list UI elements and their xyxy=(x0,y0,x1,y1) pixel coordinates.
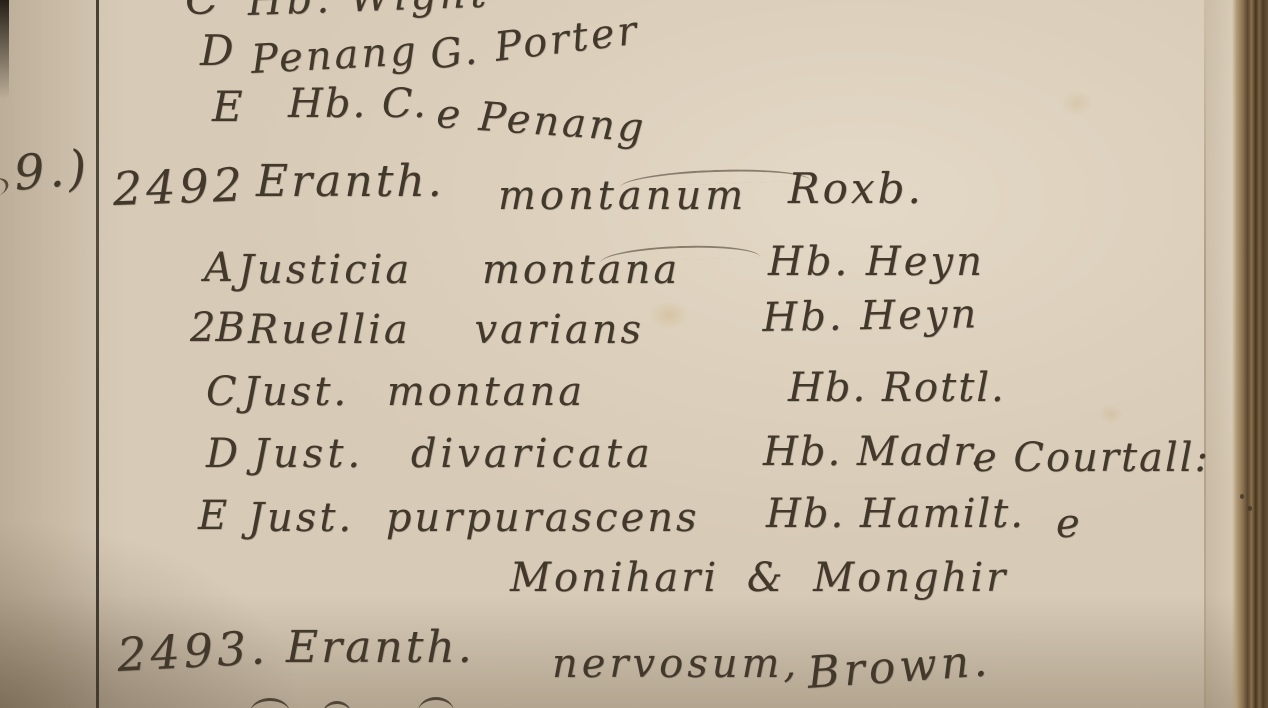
herbarium-source: Hb. Hamilt. xyxy=(766,494,1025,534)
specimen-label: 2B xyxy=(190,308,245,348)
stray-ink-mark xyxy=(1240,494,1244,499)
locality-name: e Penang xyxy=(435,94,647,149)
specimen-label: E xyxy=(198,496,227,536)
foxing-spot xyxy=(648,300,690,330)
margin-entry-note: 9.) xyxy=(12,143,92,197)
manuscript-page: 9.) C Hb. Wight D Penang G. Porter E Hb.… xyxy=(0,0,1268,708)
entry-number: 2492 xyxy=(112,161,247,212)
specimen-label: C xyxy=(206,372,237,412)
partial-next-line-stroke xyxy=(418,697,454,708)
book-page-edges xyxy=(1232,0,1268,708)
locality-name: e xyxy=(1056,504,1080,544)
margin-column-shade xyxy=(0,0,96,708)
herbarium-source: Hb. C. xyxy=(288,84,428,124)
stray-ink-mark xyxy=(1248,506,1252,511)
author-name: Roxb. xyxy=(788,168,924,210)
herbarium-source: Hb. Heyn xyxy=(768,242,985,282)
herbarium-source: Hb. Wight xyxy=(247,0,491,22)
locality-continuation: Monihari & Monghir xyxy=(510,558,1008,598)
foxing-spot xyxy=(1060,90,1094,116)
specimen-name: Just. montana xyxy=(243,372,585,412)
foxing-spot xyxy=(1098,404,1124,424)
specimen-label: D xyxy=(200,30,234,72)
specimen-label: C xyxy=(185,0,219,22)
specimen-name: Justicia montana xyxy=(238,250,680,290)
page-crease-shade xyxy=(1206,0,1234,708)
genus-name: Eranth. xyxy=(286,626,475,670)
specimen-name: Ruellia varians xyxy=(248,310,644,350)
specimen-label: E xyxy=(212,86,243,128)
partial-next-line-stroke xyxy=(250,698,290,708)
cut-margin-stroke xyxy=(0,174,11,196)
herbarium-source: Hb. Madr. xyxy=(763,432,985,472)
herbarium-source: Hb. Rottl. xyxy=(788,368,1006,408)
species-name: montanum xyxy=(498,176,747,216)
locality-name: Penang xyxy=(250,31,420,80)
partial-next-line-stroke xyxy=(322,701,352,708)
herbarium-source: Hb. Heyn xyxy=(762,294,980,338)
genus-name: Eranth. xyxy=(256,160,445,204)
specimen-name: Just. purpurascens xyxy=(248,498,700,538)
locality-name: e Courtall: xyxy=(973,438,1210,478)
specimen-name: Just. divaricata xyxy=(253,434,654,474)
specimen-label: D xyxy=(206,434,238,474)
margin-rule-line xyxy=(96,0,99,708)
specimen-label: A xyxy=(204,248,233,288)
species-name: nervosum, xyxy=(552,644,800,684)
scan-shadow-top-left xyxy=(0,0,9,108)
entry-number: 2493. xyxy=(116,624,270,678)
collector-name: G. Porter xyxy=(428,10,642,75)
author-name: Brown. xyxy=(806,639,992,696)
